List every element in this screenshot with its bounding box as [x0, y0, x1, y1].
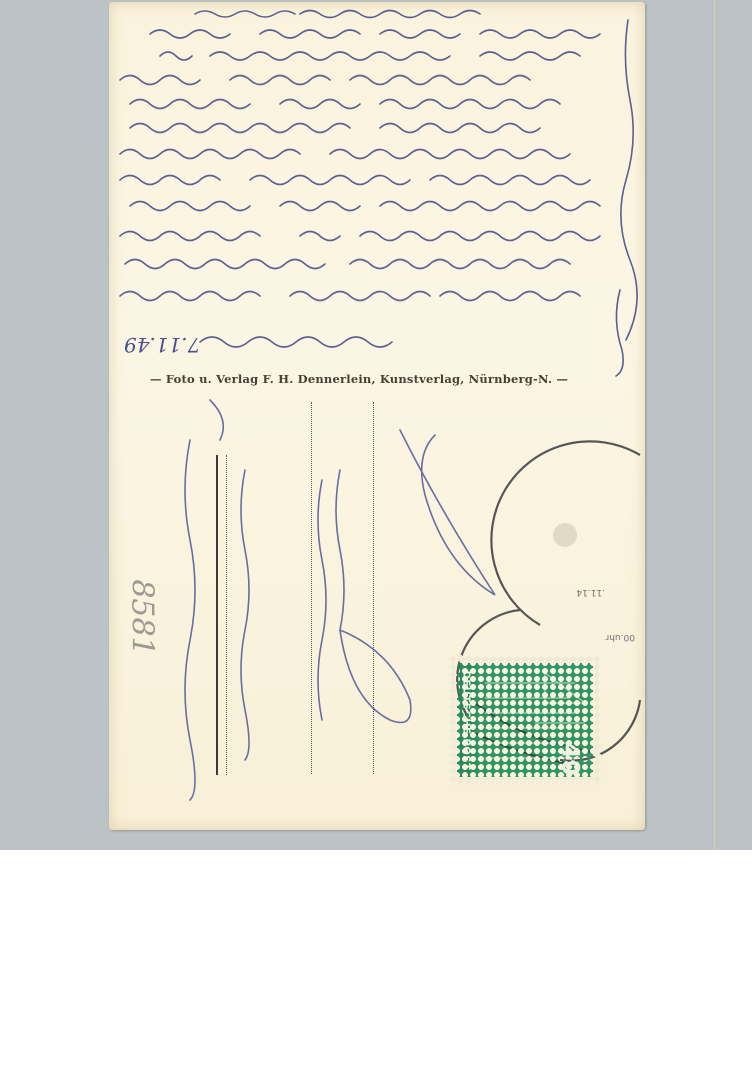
stamp-issuer-band: DEUTSCHE POST: [457, 663, 475, 777]
address-line: [373, 402, 374, 774]
address-line: [311, 402, 312, 774]
handwritten-date: 7.11.49: [124, 333, 200, 357]
address-divider: [216, 455, 218, 775]
publisher-imprint: — Foto u. Verlag F. H. Dennerlein, Kunst…: [150, 372, 610, 386]
pencil-catalog-number: 8581: [125, 579, 160, 655]
stamp-face: DEUTSCHE POST 40: [457, 663, 593, 777]
stamp-issuer: DEUTSCHE POST: [461, 670, 472, 770]
postage-stamp: DEUTSCHE POST 40: [449, 655, 601, 785]
stamp-value: 40: [556, 742, 584, 775]
address-line: [226, 455, 227, 775]
guide-line: [714, 0, 715, 850]
